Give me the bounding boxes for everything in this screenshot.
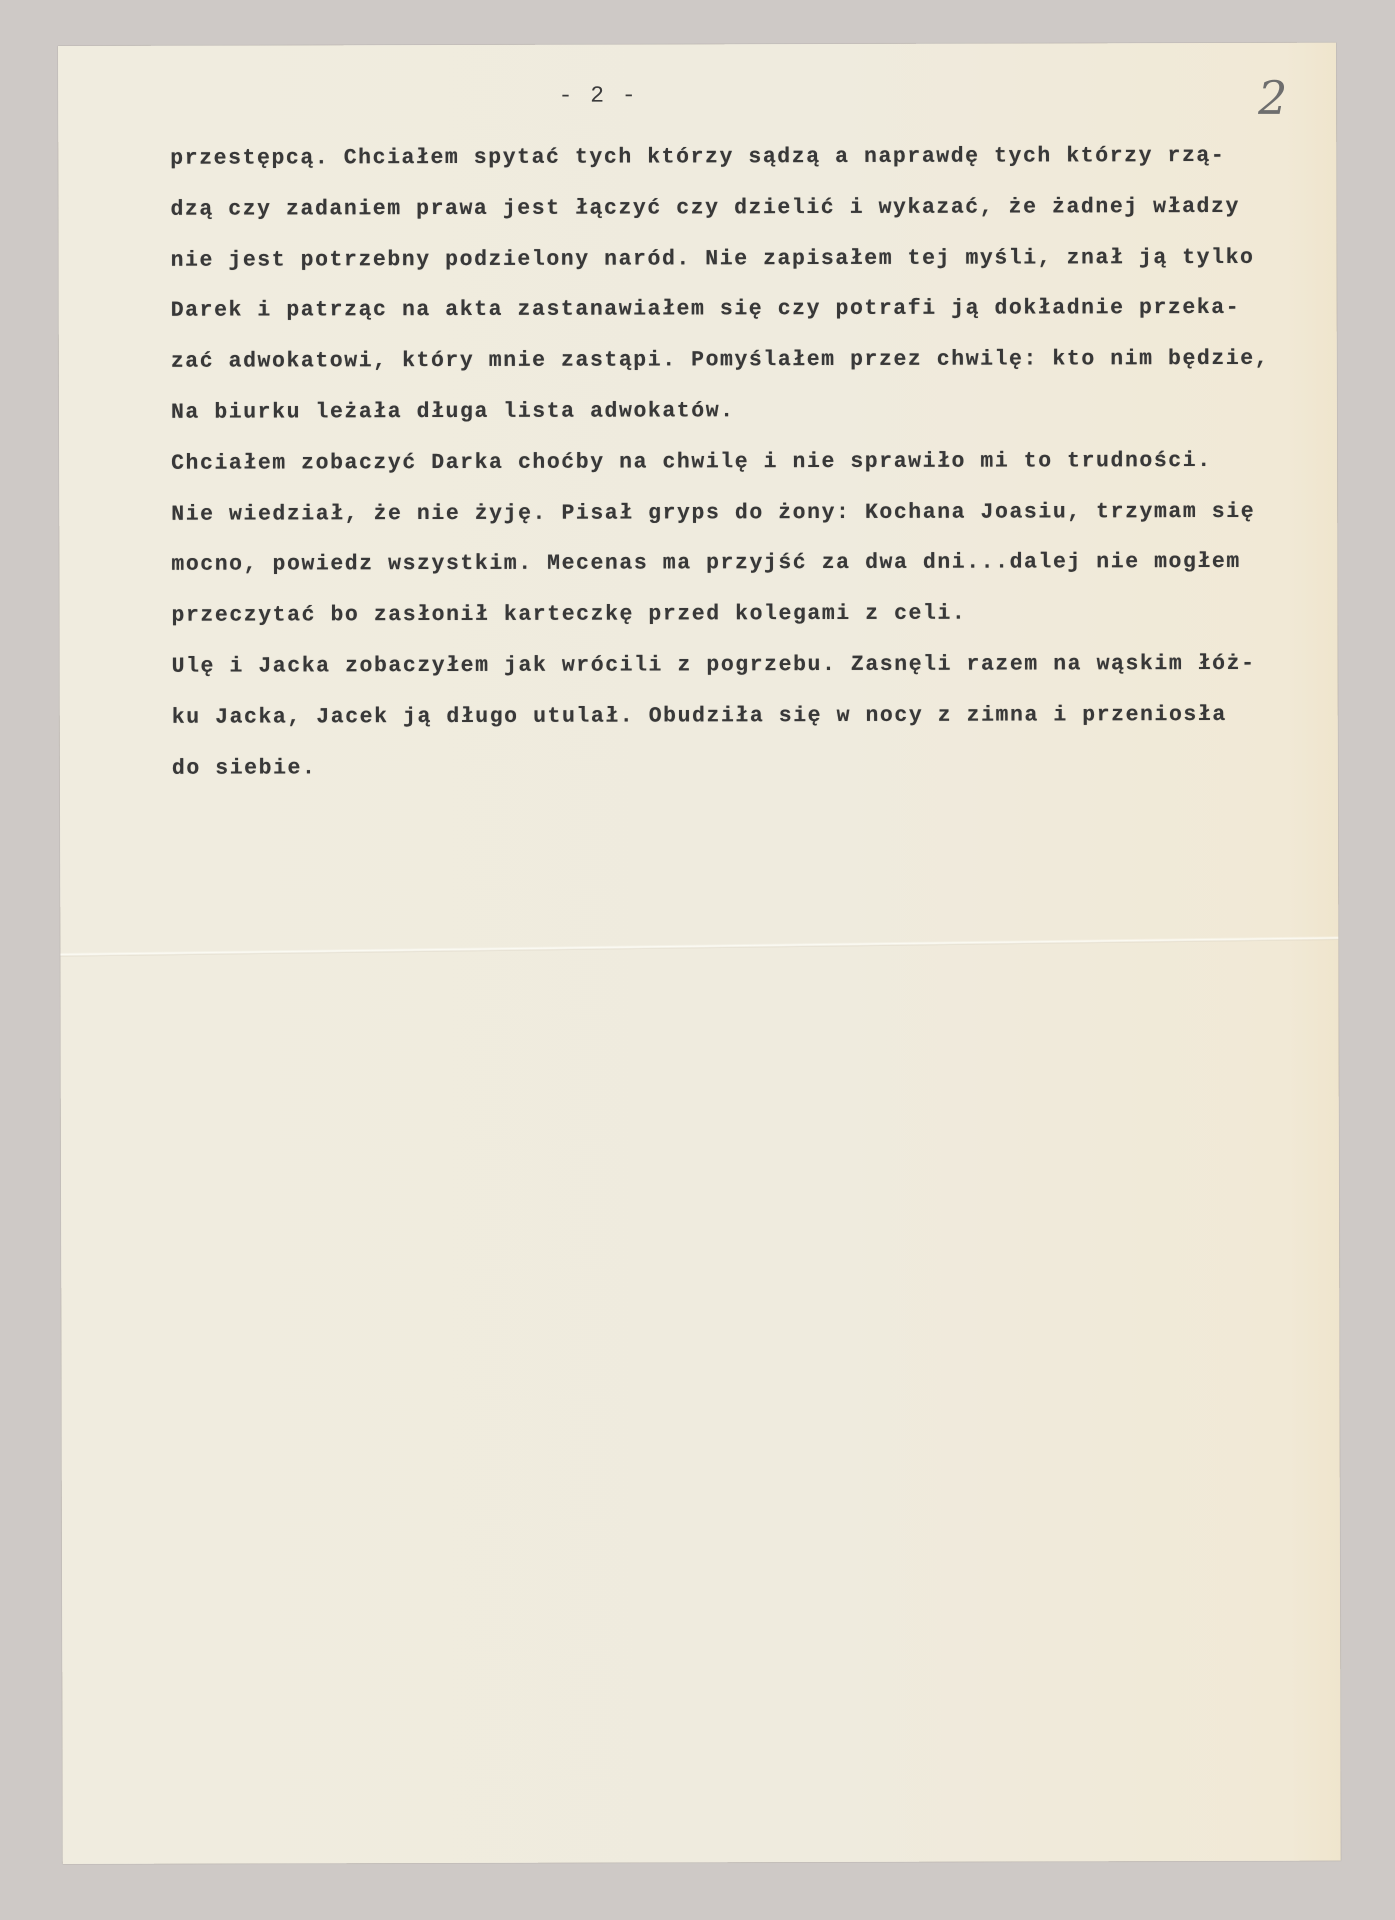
- text-line: do siebie.: [172, 740, 1352, 794]
- handwritten-page-number: 2: [1258, 71, 1287, 125]
- text-line: Na biurku leżała długa lista adwokatów.: [171, 385, 1351, 439]
- text-line: zać adwokatowi, który mnie zastąpi. Pomy…: [171, 334, 1351, 388]
- text-line: Chciałem zobaczyć Darka choćby na chwilę…: [171, 435, 1351, 489]
- text-line: nie jest potrzebny podzielony naród. Nie…: [170, 232, 1350, 286]
- typed-page-number: - 2 -: [538, 82, 658, 108]
- text-line: mocno, powiedz wszystkim. Mecenas ma prz…: [171, 537, 1351, 591]
- text-line: dzą czy zadaniem prawa jest łączyć czy d…: [170, 181, 1350, 235]
- text-line: Ulę i Jacka zobaczyłem jak wrócili z pog…: [172, 639, 1352, 693]
- text-line: przeczytać bo zasłonił karteczkę przed k…: [171, 588, 1351, 642]
- text-line: Nie wiedział, że nie żyję. Pisał gryps d…: [171, 486, 1351, 540]
- text-line: przestępcą. Chciałem spytać tych którzy …: [170, 131, 1350, 185]
- typed-page: - 2 - 2 przestępcą. Chciałem spytać tych…: [58, 43, 1341, 1864]
- paper-fold-line: [60, 936, 1338, 957]
- body-text: przestępcą. Chciałem spytać tych którzy …: [170, 131, 1352, 794]
- text-line: Darek i patrząc na akta zastanawiałem si…: [171, 283, 1351, 337]
- text-line: ku Jacka, Jacek ją długo utulał. Obudził…: [172, 689, 1352, 743]
